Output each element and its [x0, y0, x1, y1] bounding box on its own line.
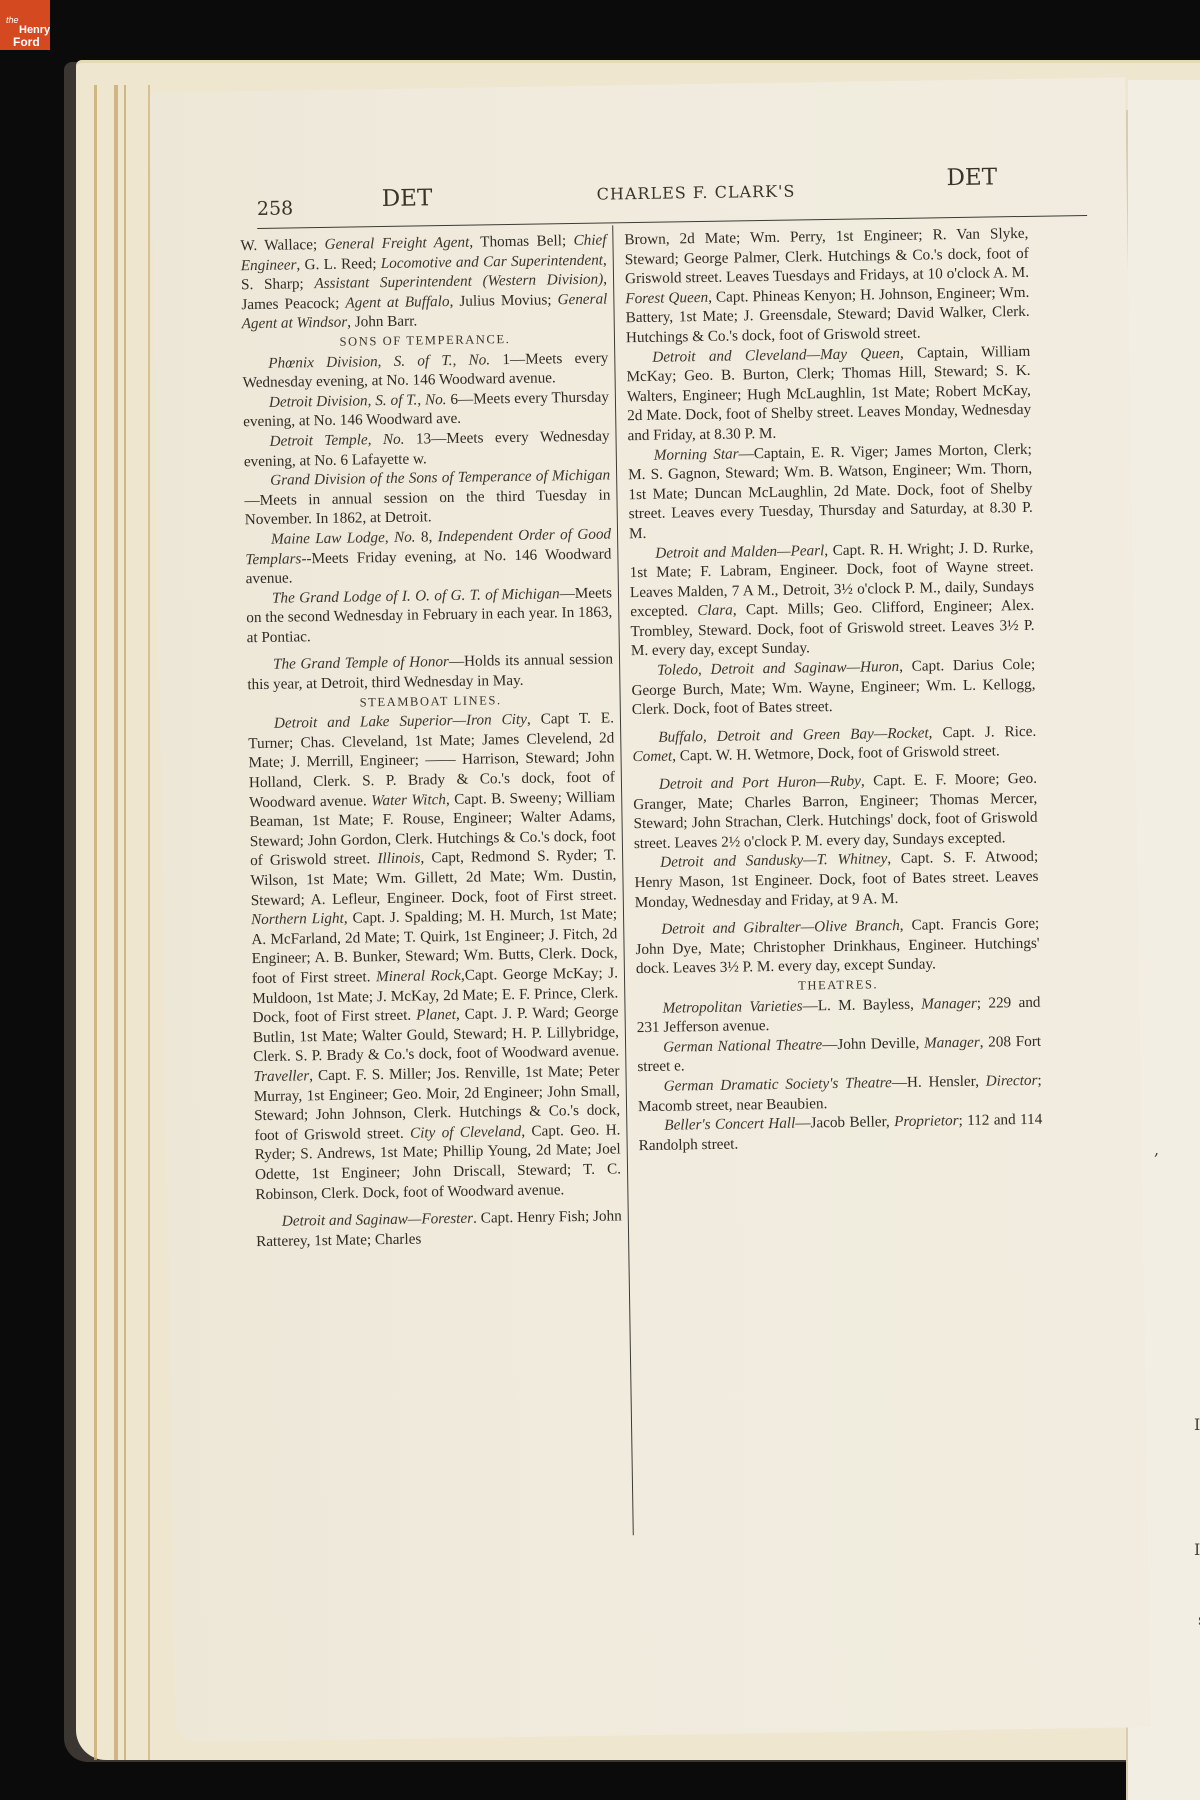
- logo-ford: Ford: [13, 36, 40, 48]
- guide-word-left: DET: [382, 185, 433, 212]
- theatre-entry: Beller's Concert Hall—Jacob Beller, Prop…: [638, 1110, 1043, 1156]
- entry: Detroit and Gibralter—Olive Branch, Capt…: [635, 914, 1040, 979]
- directory-page: 258 DET CHARLES F. CLARK'S DET W. Wallac…: [150, 77, 1151, 1742]
- watermark-logo: the Henry Ford: [0, 0, 50, 50]
- facing-page-fragment: ,: [1154, 1140, 1159, 1159]
- theatre-entry: German National Theatre—John Deville, Ma…: [637, 1032, 1042, 1078]
- right-column: Brown, 2d Mate; Wm. Perry, 1st Engineer;…: [624, 224, 1042, 1156]
- page-edge: [148, 85, 150, 1760]
- entry: Detroit and Cleveland—May Queen, Captain…: [626, 341, 1031, 445]
- entry: Detroit and Sandusky—T. Whitney, Capt. S…: [634, 847, 1039, 912]
- entry-continuation: Brown, 2d Mate; Wm. Perry, 1st Engineer;…: [624, 224, 1030, 348]
- page-edge: [94, 85, 97, 1760]
- page-header: 258 DET CHARLES F. CLARK'S DET: [257, 173, 1078, 226]
- railroad-officers-continuation: W. Wallace; General Freight Agent, Thoma…: [240, 231, 607, 335]
- theatre-entry: Metropolitan Varieties—L. M. Bayless, Ma…: [636, 992, 1041, 1038]
- entry: Detroit and Port Huron—Ruby, Capt. E. F.…: [633, 769, 1038, 854]
- guide-word-right: DET: [946, 164, 997, 191]
- entry: The Grand Lodge of I. O. of G. T. of Mic…: [246, 583, 613, 648]
- logo-the: the: [6, 16, 19, 25]
- page-edge: [114, 85, 118, 1760]
- entry: Detroit Temple, No. 13—Meets every Wedne…: [243, 426, 610, 471]
- entry: Maine Law Lodge, No. 8, Independent Orde…: [245, 524, 612, 589]
- entry: The Grand Temple of Honor—Holds its annu…: [247, 650, 614, 695]
- entry: Detroit Division, S. of T., No. 6—Meets …: [243, 387, 610, 432]
- entry: Grand Division of the Sons of Temperance…: [244, 466, 611, 531]
- entry: Buffalo, Detroit and Green Bay—Rocket, C…: [632, 722, 1037, 768]
- entry: Phœnix Division, S. of T., No. 1—Meets e…: [242, 348, 609, 393]
- page-number: 258: [257, 197, 294, 220]
- facing-page-fragment: I: [1194, 1540, 1200, 1559]
- facing-page-fragment: I: [1194, 1415, 1200, 1434]
- entry-lake-superior: Detroit and Lake Superior—Iron City, Cap…: [248, 709, 622, 1205]
- theatre-entry: German Dramatic Society's Theatre—H. Hen…: [638, 1071, 1043, 1117]
- entry: Morning Star—Captain, E. R. Viger; James…: [628, 439, 1033, 543]
- page-edge: [124, 85, 126, 1760]
- entry-saginaw: Detroit and Saginaw—Forester. Capt. Henr…: [256, 1206, 623, 1251]
- running-head: CHARLES F. CLARK'S: [597, 182, 796, 204]
- left-column: W. Wallace; General Freight Agent, Thoma…: [240, 231, 622, 1252]
- entry: Detroit and Malden—Pearl, Capt. R. H. Wr…: [629, 537, 1035, 661]
- entry: Toledo, Detroit and Saginaw—Huron, Capt.…: [631, 655, 1036, 720]
